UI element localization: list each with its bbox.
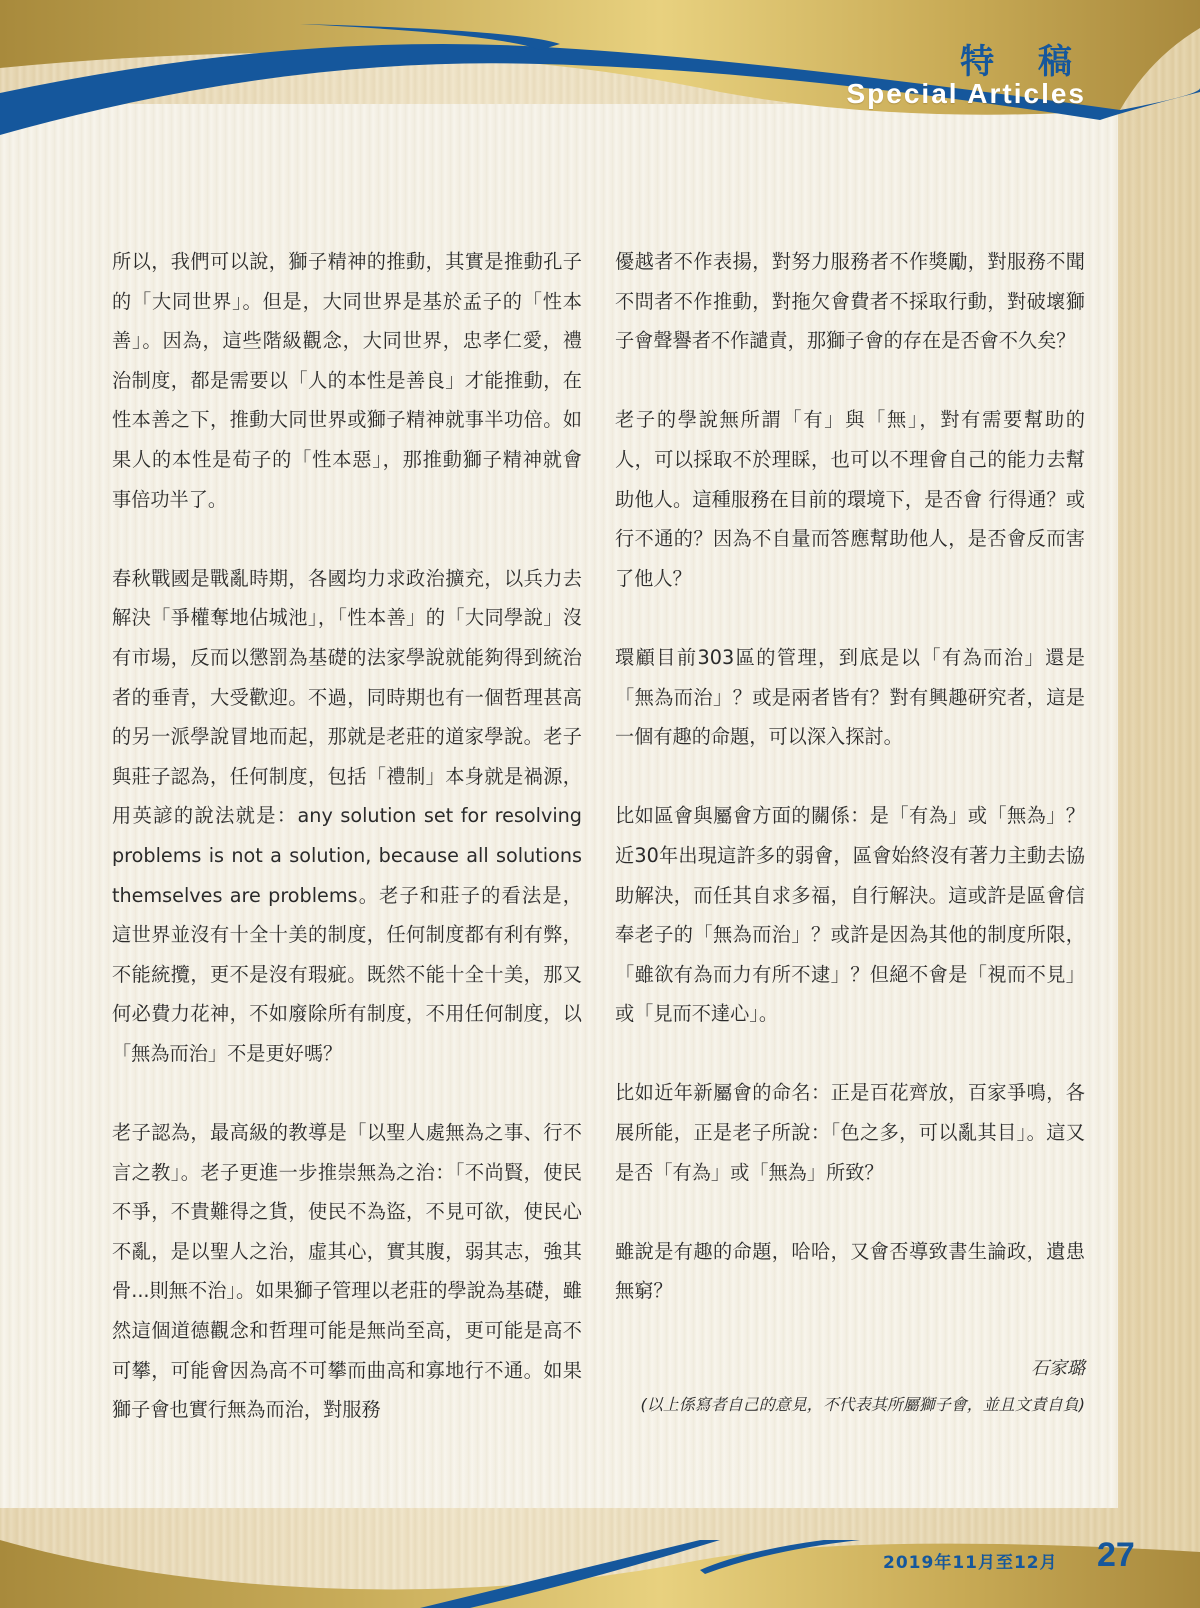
- section-title-zh: 特 稿: [960, 34, 1088, 83]
- article-column-right: 優越者不作表揚，對努力服務者不作獎勵，對服務不聞不問者不作推動，對拖欠會費者不採…: [615, 242, 1085, 1423]
- author-signature: 石家璐: [615, 1351, 1085, 1387]
- article-column-left: 所以，我們可以說，獅子精神的推動，其實是推動孔子的「大同世界」。但是，大同世界是…: [112, 242, 582, 1469]
- disclaimer: (以上係寫者自己的意見，不代表其所屬獅子會，並且文責自負): [615, 1387, 1085, 1423]
- paragraph: 環顧目前303區的管理，到底是以「有為而治」還是「無為而治」？或是兩者皆有？對有…: [615, 638, 1085, 757]
- paragraph: 所以，我們可以說，獅子精神的推動，其實是推動孔子的「大同世界」。但是，大同世界是…: [112, 242, 582, 519]
- issue-date: 2019年11月至12月: [883, 1548, 1058, 1573]
- paragraph: 老子的學說無所謂「有」與「無」，對有需要幫助的人，可以採取不於理睬，也可以不理會…: [615, 400, 1085, 598]
- paragraph: 比如近年新屬會的命名：正是百花齊放，百家爭鳴，各展所能，正是老子所說：「色之多，…: [615, 1073, 1085, 1192]
- paragraph: 老子認為，最高級的教導是「以聖人處無為之事、行不言之教」。老子更進一步推崇無為之…: [112, 1113, 582, 1430]
- paragraph: 雖說是有趣的命題，哈哈，又會否導致書生論政，遺患無窮？: [615, 1232, 1085, 1311]
- paragraph: 比如區會與屬會方面的關係：是「有為」或「無為」？近30年出現這許多的弱會，區會始…: [615, 796, 1085, 1034]
- section-title-en: Special Articles: [846, 78, 1086, 110]
- paragraph: 春秋戰國是戰亂時期，各國均力求政治擴充，以兵力去解決「爭權奪地佔城池」，「性本善…: [112, 559, 582, 1074]
- paragraph: 優越者不作表揚，對努力服務者不作獎勵，對服務不聞不問者不作推動，對拖欠會費者不採…: [615, 242, 1085, 361]
- page-number: 27: [1097, 1536, 1135, 1575]
